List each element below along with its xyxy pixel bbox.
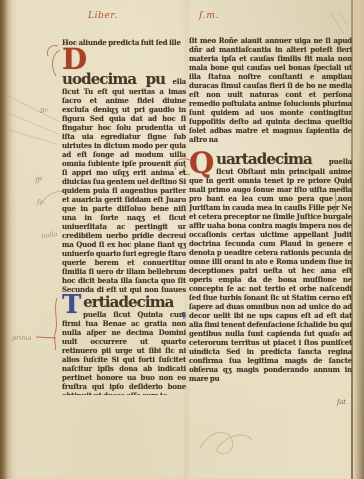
- chapter-duodecima: Duodecima pu ella ſicut Tu eſt qui uerit…: [62, 47, 186, 294]
- red-initial-D: D: [62, 47, 89, 71]
- chapter-tertiadecima: Tertiadecima puella ſicut Quinta cum fir…: [62, 294, 186, 395]
- margin-note-prima: prima: [12, 334, 31, 342]
- right-text-column: ſit meo Roñe aiauit annuer uiga ne ſi ap…: [189, 36, 352, 404]
- margin-note: nulla: [41, 230, 58, 240]
- chapter-duodecima-text: ella ſicut Tu eſt qui ueritas a imas ſac…: [62, 77, 186, 294]
- margin-note: ſo.: [37, 198, 45, 206]
- margin-note: ffº: [35, 176, 43, 185]
- chapter-quartadecima-title: uartadecima: [216, 151, 312, 168]
- blue-initial-T: T: [62, 294, 83, 316]
- binding-gutter-shadow: [0, 0, 18, 479]
- margin-brace: }: [331, 187, 340, 216]
- left-text-column: Hoc aliunde predicta fuit ſed ille Duode…: [62, 38, 186, 395]
- margin-note: dſ: [341, 182, 348, 190]
- ghost-sketch-loops: [200, 432, 252, 453]
- catchword: ſat: [337, 398, 346, 406]
- chapter-quartadecima: Quartadecima puella ſicut Obſtant min pr…: [189, 151, 352, 404]
- page-edge: [351, 0, 364, 479]
- red-initial-Q: Q: [189, 151, 216, 175]
- right-column-continuation-text: ſit meo Roñe aiauit annuer uiga ne ſi ap…: [189, 36, 352, 151]
- margin-note: Bº: [40, 107, 48, 115]
- chapter-tertiadecima-title: ertiadecima: [83, 294, 173, 311]
- running-header-number: ſ.m.: [199, 11, 219, 21]
- intro-line: Hoc aliunde predicta fuit ſed ille: [62, 38, 186, 47]
- chapter-duodecima-title: uodecima pu: [62, 70, 165, 88]
- manuscript-page: Liber. ſ.m. Hoc aliunde predicta fuit ſe…: [0, 0, 364, 479]
- ink-smudge: [344, 249, 352, 259]
- chapter-tertiadecima-text: puella ſicut Quinta cum firmi tua Benae …: [62, 310, 186, 395]
- blue-paragraph-mark: ¶: [181, 310, 186, 320]
- chapter-quartadecima-text: puella ſicut Obſtant min principali anim…: [189, 157, 352, 383]
- running-header-book: Liber.: [88, 11, 118, 21]
